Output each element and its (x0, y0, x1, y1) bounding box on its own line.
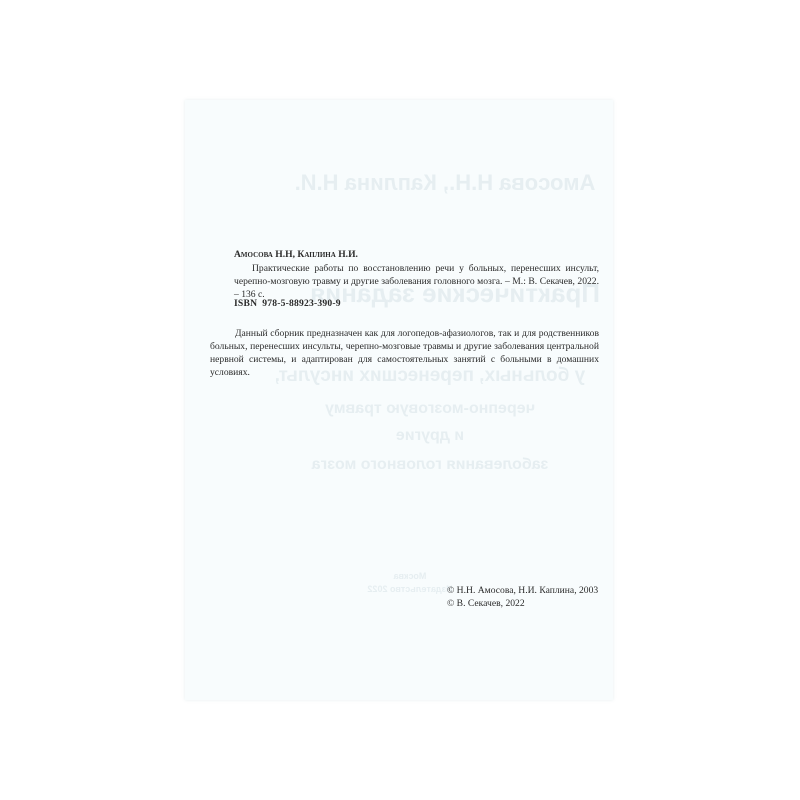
copyright-authors: © Н.Н. Амосова, Н.И. Каплина, 2003 (447, 584, 607, 597)
show-through-subtitle-line: заболевания головного мозга (265, 456, 595, 474)
copyright-block: © Н.Н. Амосова, Н.И. Каплина, 2003 © В. … (447, 584, 607, 610)
isbn-value: 978-5-88923-390-9 (262, 298, 341, 309)
annotation: Данный сборник предназначен как для лого… (210, 327, 599, 379)
annotation-text: Данный сборник предназначен как для лого… (210, 327, 599, 379)
copyright-publisher: © В. Секачев, 2022 (447, 597, 607, 610)
isbn: ISBN978-5-88923-390-9 (234, 297, 341, 310)
authors: Амосова Н.Н, Каплина Н.И. (234, 248, 599, 261)
isbn-label: ISBN (234, 298, 257, 309)
book-page: Амосова Н.Н., Каплина Н.И. Практические … (185, 100, 613, 700)
show-through-imprint: Москва Издательство 2022 (365, 570, 455, 596)
bibliographic-description: Практические работы по восстановлению ре… (234, 262, 599, 301)
bibliographic-record: Амосова Н.Н, Каплина Н.И. Практические р… (234, 248, 599, 301)
show-through-authors: Амосова Н.Н., Каплина Н.И. (275, 170, 615, 196)
show-through-subtitle-line: черепно-мозговую травму (265, 400, 595, 418)
show-through-subtitle-line: и другие (265, 427, 595, 445)
